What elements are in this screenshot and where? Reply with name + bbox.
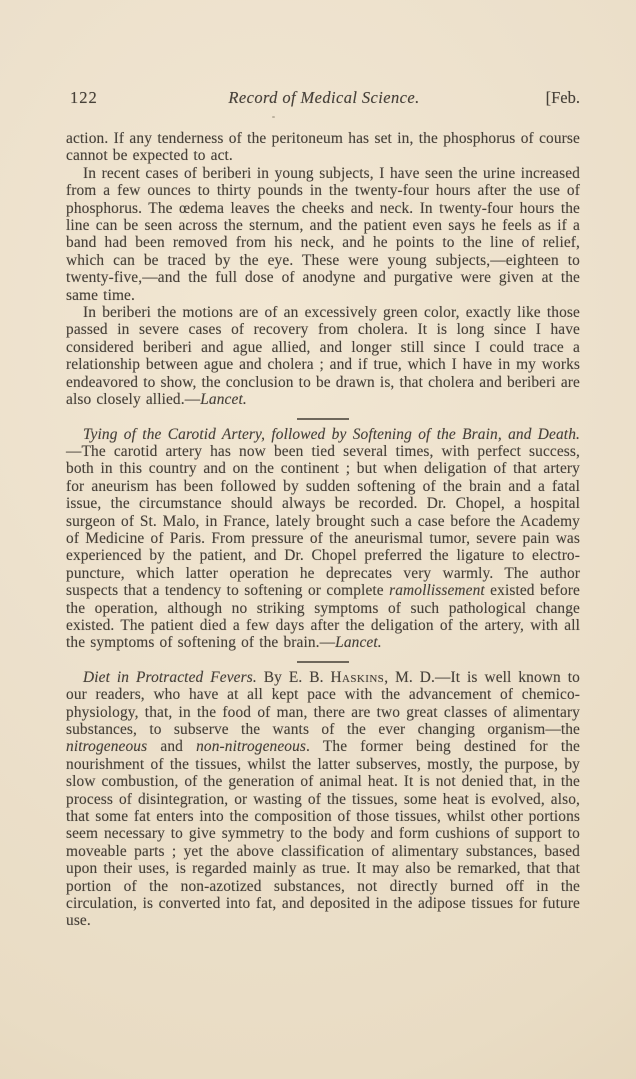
source-citation: Lancet.: [200, 391, 247, 408]
journal-title: Record of Medical Science.: [68, 88, 580, 108]
issue-label: [Feb.: [546, 88, 580, 108]
term-nitrogeneous: nitrogeneous: [66, 738, 147, 755]
paragraph-text: action. If any tenderness of the periton…: [66, 130, 580, 164]
page-body: action. If any tenderness of the periton…: [66, 130, 580, 930]
paragraph-text: and: [147, 738, 196, 755]
paragraph-text: —The carotid artery has now been tied se…: [66, 443, 580, 599]
article-paragraph: Diet in Protracted Fevers. By E. B. Hask…: [66, 669, 580, 930]
paragraph-continuation: action. If any tenderness of the periton…: [66, 130, 580, 165]
ink-speck: [272, 116, 275, 118]
page-number: 122: [70, 88, 98, 108]
paragraph-text: . The former being destined for the nour…: [66, 738, 580, 929]
author-name: Haskins: [331, 669, 385, 686]
paragraph-text: In beriberi the motions are of an excess…: [66, 304, 580, 408]
byline-text: By E. B.: [257, 669, 331, 686]
journal-page: 122 Record of Medical Science. [Feb. act…: [0, 0, 636, 1079]
paragraph-text: In recent cases of beriberi in young sub…: [66, 165, 580, 304]
article-title: Tying of the Carotid Artery, followed by…: [83, 426, 580, 443]
paragraph: In beriberi the motions are of an excess…: [66, 304, 580, 408]
section-divider: [297, 418, 349, 420]
section-divider: [297, 661, 349, 663]
page-header: 122 Record of Medical Science. [Feb.: [68, 88, 580, 112]
source-citation: Lancet.: [335, 634, 382, 651]
paragraph: In recent cases of beriberi in young sub…: [66, 165, 580, 304]
foreign-term: ramollissement: [389, 582, 485, 599]
article-paragraph: Tying of the Carotid Artery, followed by…: [66, 426, 580, 652]
article-title: Diet in Protracted Fevers.: [83, 669, 257, 686]
term-non-nitrogeneous: non-nitrogeneous: [196, 738, 306, 755]
